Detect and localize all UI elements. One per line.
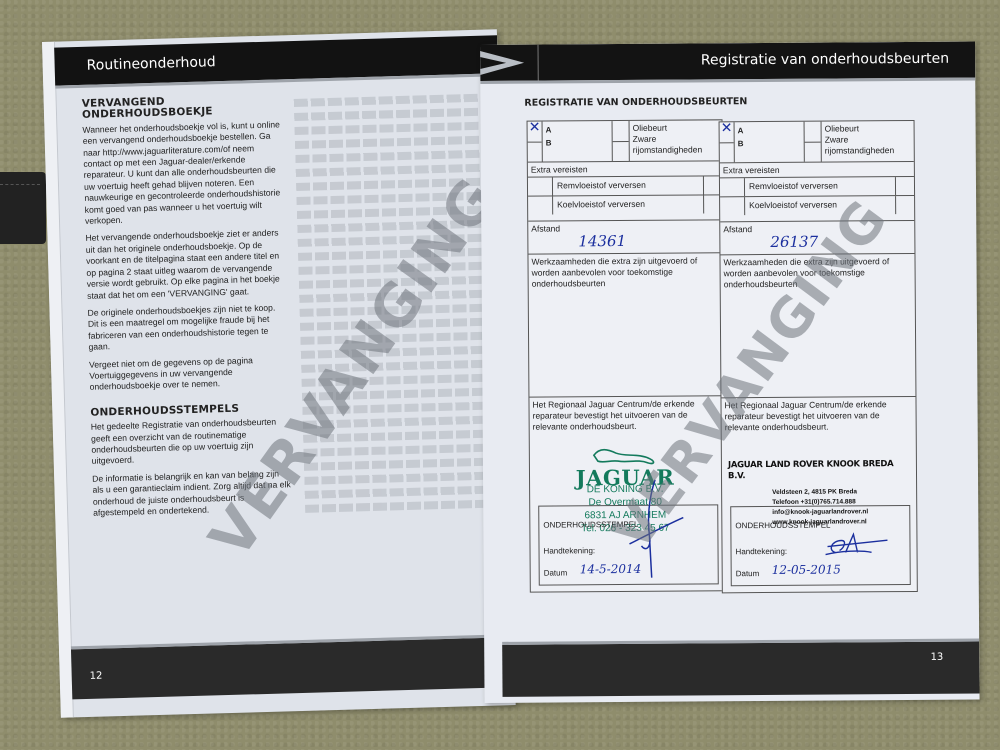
paragraph: De originele onderhoudsboekjes zijn niet… bbox=[87, 302, 288, 353]
label-oil-change: Oliebeurt bbox=[825, 123, 911, 135]
label-type-a: A bbox=[738, 124, 801, 137]
label-distance: Afstand bbox=[531, 223, 560, 233]
right-page: Registratie van onderhoudsbeurten REGIST… bbox=[480, 42, 980, 703]
extra-requirements: Extra vereisten Remvloeistof verversen K… bbox=[528, 161, 722, 221]
section-title-replacement-booklet: VERVANGEND ONDERHOUDSBOEKJE bbox=[82, 93, 283, 121]
checkbox-type-a[interactable]: ✕ bbox=[720, 122, 734, 143]
label-brake-fluid: Remvloeistof verversen bbox=[553, 176, 703, 195]
label-stamp: ONDERHOUDSSTEMPEL bbox=[735, 521, 830, 531]
label-oil-change: Oliebeurt bbox=[633, 122, 719, 134]
label-type-a: A bbox=[546, 123, 609, 136]
label-confirmation: Het Regionaal Jaguar Centrum/de erkende … bbox=[532, 399, 694, 432]
checkbox-type-b[interactable] bbox=[528, 142, 542, 162]
checkbox-brake-fluid[interactable] bbox=[720, 178, 745, 196]
checkbox-heavy-conditions[interactable] bbox=[613, 141, 629, 161]
distance-field[interactable]: Afstand 14361 bbox=[528, 220, 722, 254]
label-distance: Afstand bbox=[723, 224, 752, 234]
date-value: 12-05-2015 bbox=[772, 562, 841, 576]
paragraph: Het vervangende onderhoudsboekje ziet er… bbox=[85, 228, 287, 302]
check-mark-icon: ✕ bbox=[720, 120, 734, 136]
page-edge bbox=[42, 42, 74, 718]
checkbox-coolant[interactable] bbox=[528, 196, 553, 214]
checkbox-oil-change[interactable] bbox=[805, 122, 821, 143]
checkbox-heavy-conditions[interactable] bbox=[805, 142, 821, 162]
paragraph: Wanneer het onderhoudsboekje vol is, kun… bbox=[82, 119, 285, 227]
page-number: 12 bbox=[90, 671, 103, 682]
label-date: Datum bbox=[736, 569, 760, 578]
header-title: Registratie van onderhoudsbeurten bbox=[701, 51, 949, 69]
checkbox-oil-change[interactable] bbox=[613, 121, 629, 142]
stamp-brand: JAGUAR LAND ROVER KNOOK BREDA B.V. bbox=[728, 459, 908, 482]
form-title: REGISTRATIE VAN ONDERHOUDSBEURTEN bbox=[524, 96, 747, 109]
left-page-footer: 12 bbox=[71, 637, 515, 699]
label-extra: Extra vereisten bbox=[528, 161, 722, 176]
label-signature: Handtekening: bbox=[736, 547, 788, 556]
label-brake-fluid: Remvloeistof verversen bbox=[745, 177, 895, 196]
checkbox-brake-fluid[interactable] bbox=[528, 177, 553, 195]
paragraph: Vergeet niet om de gegevens op de pagina… bbox=[89, 354, 290, 394]
checkbox-type-a[interactable]: ✕ bbox=[528, 122, 542, 143]
label-extra: Extra vereisten bbox=[720, 162, 914, 177]
label-coolant: Koelvloeistof verversen bbox=[553, 195, 703, 214]
service-type-row: ✕ A B Oliebeurt Zware rijomstandigheden bbox=[528, 120, 722, 162]
service-type-row: ✕ A B Oliebeurt Zware rijomstandigheden bbox=[720, 121, 914, 163]
label-type-b: B bbox=[546, 136, 609, 149]
checkbox-coolant[interactable] bbox=[720, 197, 745, 215]
label-heavy-conditions: Zware rijomstandigheden bbox=[825, 134, 911, 157]
page-number: 13 bbox=[931, 652, 944, 663]
right-page-footer: 13 bbox=[502, 642, 979, 697]
signature-block: ONDERHOUDSSTEMPEL Handtekening: Datum 12… bbox=[730, 505, 911, 586]
checkbox-type-b[interactable] bbox=[720, 143, 734, 163]
label-date: Datum bbox=[544, 568, 568, 577]
date-value: 14-5-2014 bbox=[580, 562, 642, 576]
label-extra-work: Werkzaamheden die extra zijn uitgevoerd … bbox=[531, 255, 697, 288]
label-heavy-conditions: Zware rijomstandigheden bbox=[633, 133, 719, 156]
strap-stitching bbox=[0, 184, 40, 189]
label-type-b: B bbox=[738, 137, 801, 150]
extra-work-field[interactable]: Werkzaamheden die extra zijn uitgevoerd … bbox=[528, 253, 723, 397]
label-signature: Handtekening: bbox=[544, 546, 596, 555]
distance-value: 14361 bbox=[578, 232, 626, 250]
handwritten-signature-icon bbox=[821, 532, 891, 556]
chevron-logo-icon bbox=[480, 45, 542, 81]
left-page: Routineonderhoud VERVANGEND ONDERHOUDSBO… bbox=[42, 29, 516, 717]
check-mark-icon: ✕ bbox=[528, 120, 542, 136]
right-page-header: Registratie van onderhoudsbeurten bbox=[480, 42, 975, 81]
binder-strap bbox=[0, 172, 46, 244]
left-page-header: Routineonderhoud bbox=[54, 35, 498, 85]
